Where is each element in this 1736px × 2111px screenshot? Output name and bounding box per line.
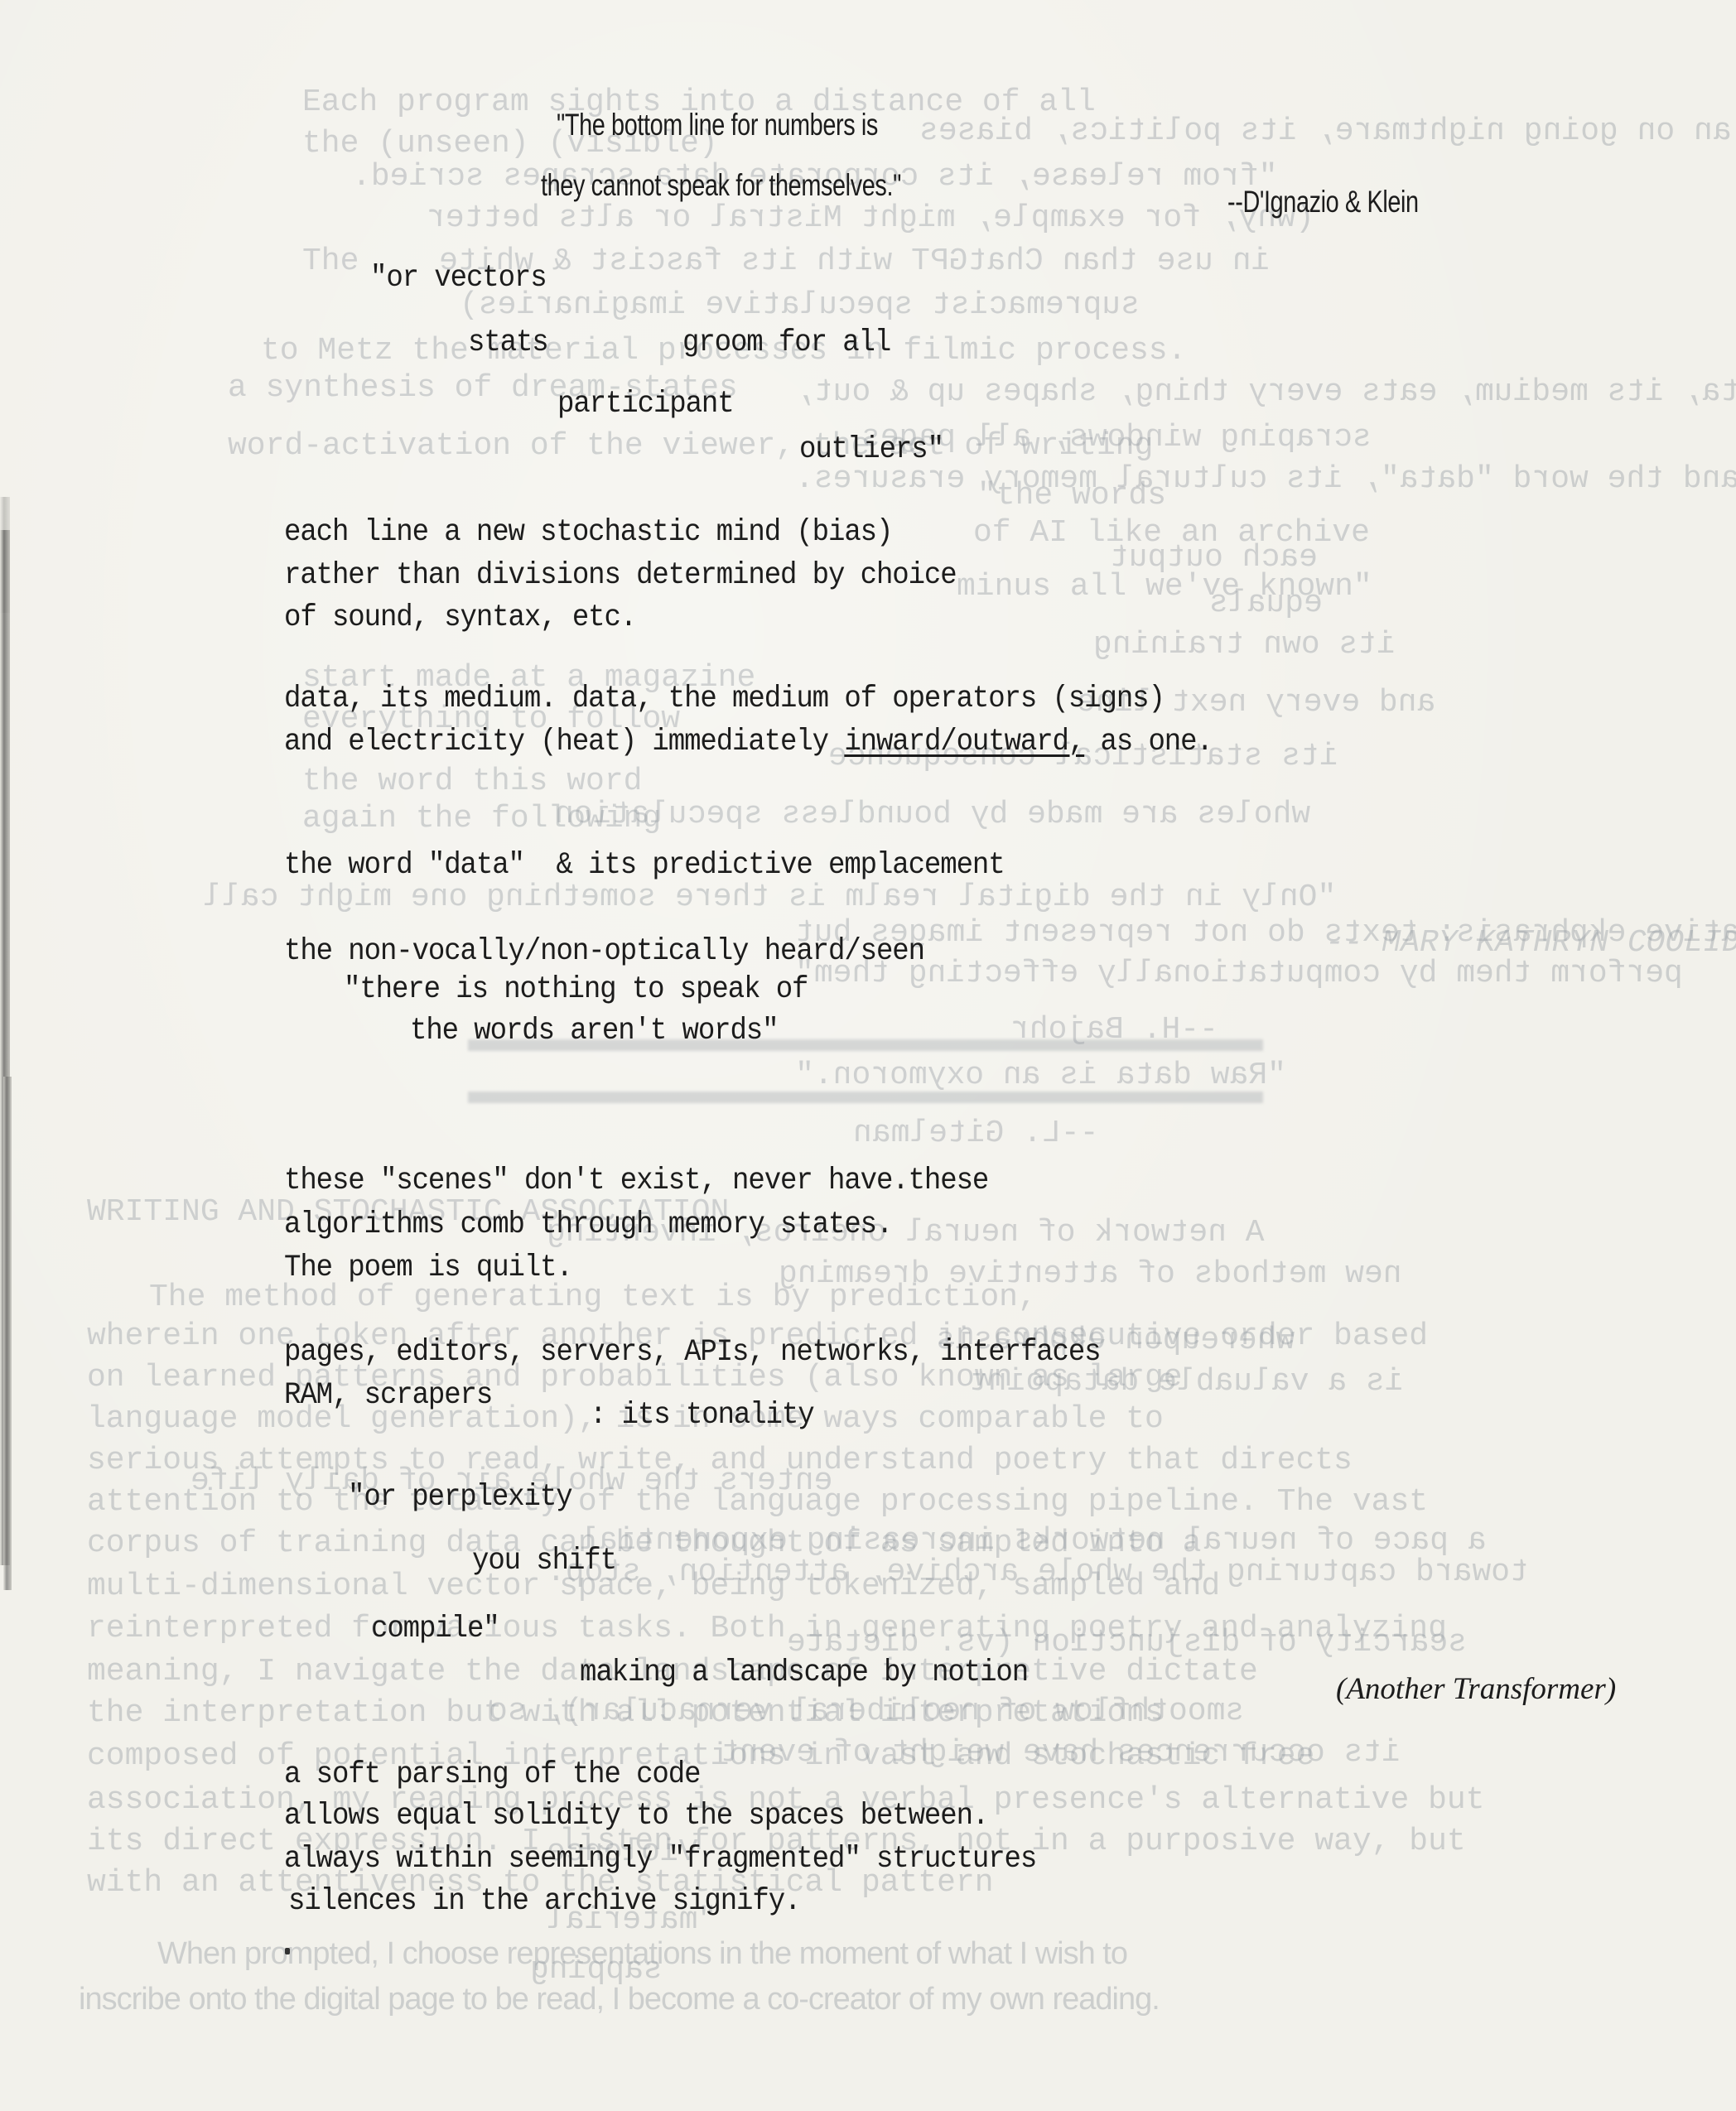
ghost-text-line: toward capturing the whole archive, atte…: [547, 1557, 1529, 1588]
participant-word: participant: [557, 389, 734, 420]
groom-line: groom for all: [682, 328, 890, 359]
ghost-text-line: inscribe onto the digital page to be rea…: [79, 1983, 1160, 2015]
stray-mark: [285, 1948, 290, 1954]
stanza6-line-2: RAM, scrapers: [284, 1381, 492, 1411]
scanned-page: Each program sights into a distance of a…: [0, 0, 1736, 2111]
ghost-text-line: is a valuable datapoint: [969, 1366, 1404, 1398]
stanza4-line-2: "there is nothing to speak of: [344, 975, 808, 1005]
landscape-line: making a landscape by notion: [580, 1658, 1028, 1689]
stanza2-text: as one.: [1084, 725, 1213, 759]
stanza2-line-1: data, its medium. data, the medium of op…: [284, 684, 1165, 715]
ghost-text-line: supremacist speculative imaginaries): [460, 290, 1140, 321]
stanza6-line-1: pages, editors, servers, APIs, networks,…: [284, 1337, 1100, 1368]
stanza2-text: and electricity (heat) immediately: [284, 725, 844, 759]
ghost-text-line: Data, its medium, eats every thing, shap…: [795, 377, 1736, 408]
stanza5-line: these "scenes" don't exist, never have.t…: [284, 1166, 988, 1197]
ghost-text-line: new methods of attentive dreaming: [779, 1259, 1402, 1290]
ghost-text-line: "Only in the digital realm is there some…: [203, 882, 1336, 913]
ghost-text-line: "Raw data is an oxymoron.": [795, 1060, 1286, 1092]
ghost-text-line: AI is an on going nightmare, its politic…: [919, 116, 1736, 147]
ghost-text-line: and the word "data", its cultural memory…: [795, 464, 1736, 495]
stanza2-line-2: and electricity (heat) immediately inwar…: [284, 727, 1213, 758]
underlined-phrase: inward/outward,: [844, 725, 1084, 759]
ghost-text-line: --L. Gitelman: [853, 1118, 1098, 1149]
ghost-text-line: equals: [1209, 588, 1323, 619]
stanza7-line: allows equal solidity to the spaces betw…: [284, 1801, 988, 1832]
perplexity-line: "or perplexity: [348, 1482, 572, 1513]
stanza7-line: always within seemingly "fragmented" str…: [284, 1844, 1036, 1875]
ghost-text-line: smoothflow of neoliberal vernacular), so: [489, 1696, 1244, 1728]
ghost-text-line: its occurrences have weight of event: [721, 1737, 1401, 1769]
stanza5-line: The poem is quilt.: [284, 1253, 572, 1284]
ghost-text-line: operative ekphrasis: texts do not repres…: [795, 918, 1736, 949]
ghost-text-line: The: [302, 246, 359, 277]
ghost-text-line: in use than ChatGPT with its fascist & w…: [439, 246, 1270, 277]
ghost-text-line: the word this word: [302, 766, 642, 798]
stats-word: stats: [468, 328, 548, 359]
ghost-text-line: scarcity of disjunction (vs. dictate: [787, 1627, 1467, 1659]
tonality-line: : its tonality: [590, 1400, 814, 1431]
epigraph-line-1: "The bottom line for numbers is: [557, 109, 878, 140]
source-title: (Another Transformer): [1336, 1674, 1616, 1704]
stanza5-line: algorithms comb through memory states.: [284, 1210, 892, 1241]
stanza3-line: the word "data" & its predictive emplace…: [284, 851, 1005, 881]
binding-shadow: [3, 1077, 12, 1590]
ghost-text-line: (why, for example, might Mistral or alts…: [427, 203, 1314, 234]
ghost-strike-bar: [468, 1092, 1263, 1103]
stanza4-line-3: the words aren't words": [410, 1016, 778, 1047]
shift-line: you shift: [472, 1546, 616, 1577]
epigraph-line-2: they cannot speak for themselves.": [541, 170, 901, 200]
stanza1-line: rather than divisions determined by choi…: [284, 561, 957, 591]
ghost-text-line: perform them by computationally effectin…: [795, 958, 1683, 990]
stanza1-line: each line a new stochastic mind (bias): [284, 518, 892, 548]
ghost-text-line: sapping: [530, 1954, 663, 1986]
outliers-word: outliers": [799, 435, 943, 465]
epigraph-attribution: --D'Ignazio & Klein: [1227, 186, 1419, 217]
ghost-text-line: a pace of neural networks increasing exp…: [580, 1525, 1487, 1557]
stanza4-line-1: the non-vocally/non-optically heard/seen: [284, 937, 924, 967]
compile-line: compile": [371, 1614, 499, 1645]
stanza7-line: a soft parsing of the code: [284, 1760, 700, 1790]
ghost-text-line: its own training: [1093, 629, 1396, 661]
vectors-line: "or vectors: [370, 263, 547, 294]
ghost-text-line: wholes are made by boundless speculation: [555, 799, 1310, 831]
ghost-text-line: each output: [1110, 542, 1318, 574]
stanza7-line: silences in the archive signify.: [288, 1887, 800, 1917]
stanza1-line: of sound, syntax, etc.: [284, 603, 636, 634]
